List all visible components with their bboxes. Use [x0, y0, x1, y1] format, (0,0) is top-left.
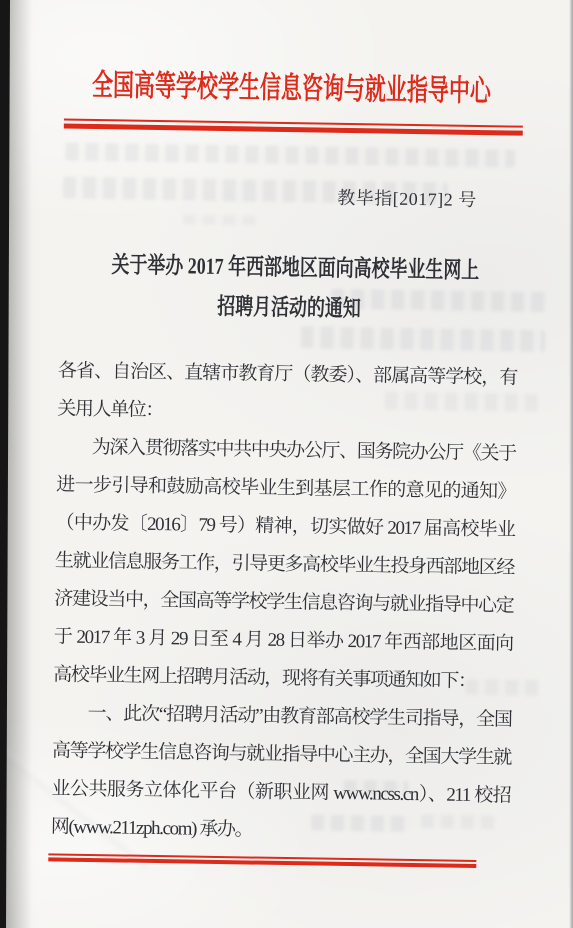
paper-right-edge — [569, 0, 573, 928]
bleedthrough-smudge — [421, 814, 496, 829]
bleedthrough-smudge — [465, 679, 540, 696]
bleedthrough-smudge — [343, 780, 408, 795]
bleedthrough-smudge — [384, 392, 539, 412]
bleedthrough-smudge — [300, 326, 545, 352]
bleedthrough-smudge — [182, 214, 257, 225]
notice-body: 各省、自治区、直辖市教育厅（教委）、部属高等学校，有关用人单位：为深入贯彻落实中… — [51, 352, 518, 853]
scanned-document: 全国高等学校学生信息咨询与就业指导中心 教毕指[2017]2 号 关于举办 20… — [0, 0, 573, 928]
document-page: 全国高等学校学生信息咨询与就业指导中心 教毕指[2017]2 号 关于举办 20… — [0, 0, 573, 928]
bleedthrough-smudge — [311, 814, 411, 832]
footer-divider-line — [48, 853, 476, 868]
notice-title-line1: 关于举办 2017 年西部地区面向高校毕业生网上 — [111, 245, 479, 291]
letterhead-title: 全国高等学校学生信息咨询与就业指导中心 — [4, 68, 573, 111]
bleedthrough-smudge — [65, 143, 515, 168]
notice-title: 关于举办 2017 年西部地区面向高校毕业生网上 招聘月活动的通知 — [59, 244, 519, 331]
letterhead-divider-line — [64, 118, 523, 135]
bleedthrough-smudge — [331, 289, 546, 312]
